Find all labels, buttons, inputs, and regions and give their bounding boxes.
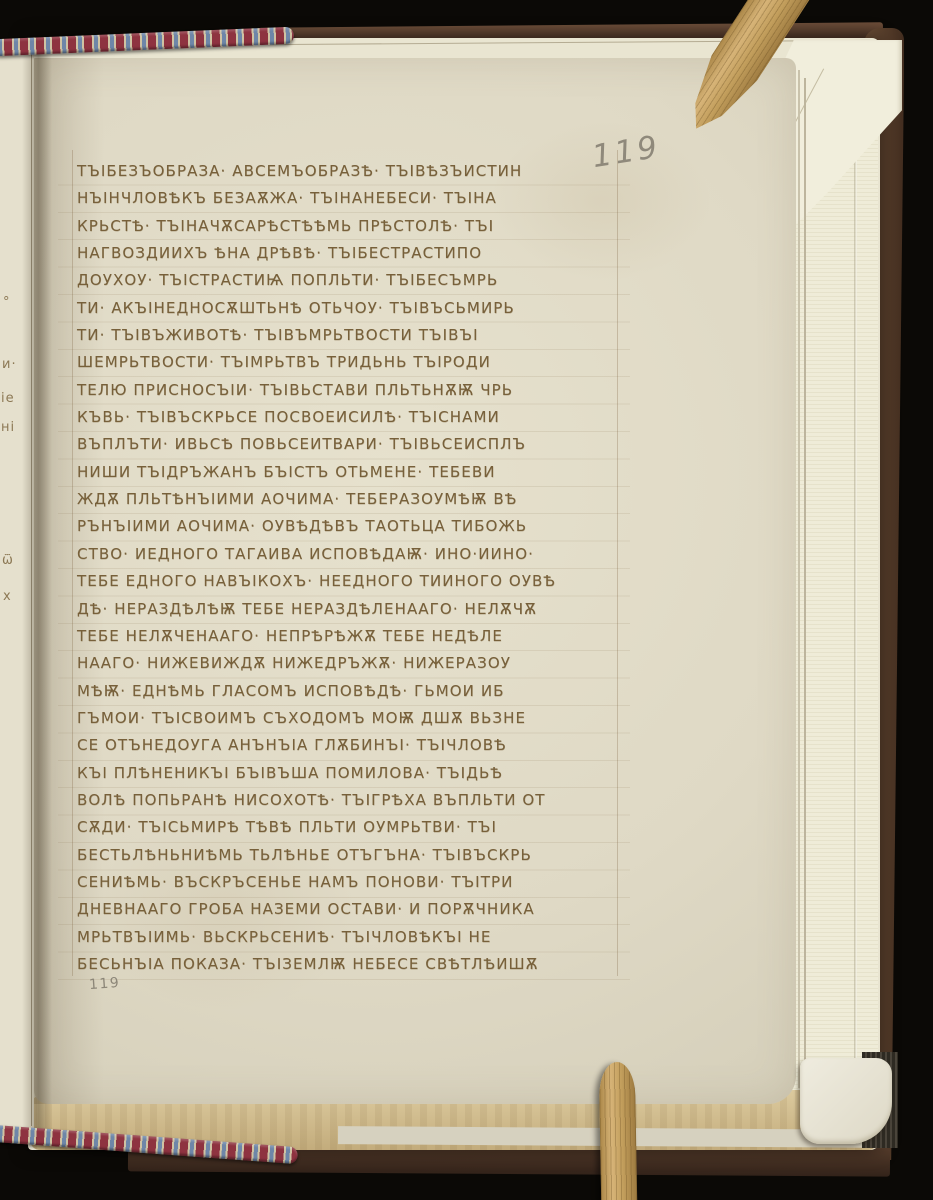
manuscript-line: ДОУХОУ· ТЪІСТРАСТИѨ ПОПЛЬТИ· ТЪІБЕСЪМРЬ — [77, 267, 625, 294]
manuscript-line: КЪВЬ· ТЪІВЪСКРЬСЕ ПОСВОЕИСИЛѢ· ТЪІСНАМИ — [77, 404, 625, 431]
manuscript-line: ТЕЛЮ ПРИСНОСЪІИ· ТЪІВЬСТАВИ ПЛЬТЬНѪѬ ЧРЬ — [77, 377, 625, 404]
marginal-letter-fragment: іе — [1, 392, 15, 405]
manuscript-line: КЪІ ПЛѢНЕНИКЪІ БЪІВЪША ПОМИЛОВА· ТЪІДЬѢ — [77, 760, 625, 787]
manuscript-line: БЕСТЬЛѢНЬНИѢМЬ ТЬЛѢНЬЕ ОТЪГЪНА· ТЪІВЪСКР… — [77, 842, 625, 869]
manuscript-line: НААГО· НИЖЕВИЖДѪ НИЖЕДРЪЖѪ· НИЖЕРАЗОУ — [77, 650, 625, 677]
manuscript-line: ВОЛѢ ПОПЬРАНѢ НИСОХОТѢ· ТЪІГРѢХА ВЪПЛЬТИ… — [77, 787, 625, 814]
manuscript-line: ТЕБЕ ЕДНОГО НАВЪІКОХЪ· НЕЕДНОГО ТИИНОГО … — [77, 568, 625, 595]
manuscript-line: МѢѬ· ЕДНѢМЬ ГЛАСОМЪ ИСПОВѢДѢ· ГЬМОИ ИБ — [77, 678, 625, 705]
manuscript-line: НИШИ ТЪІДРЪЖАНЪ БЪІСТЪ ОТЬМЕНЕ· ТЕБЕВИ — [77, 459, 625, 486]
manuscript-line: ВЪПЛЪТИ· ИВЬСѢ ПОВЬСЕИТВАРИ· ТЪІВЬСЕИСПЛ… — [77, 431, 625, 458]
folio-number-stamp: 119 — [88, 975, 120, 993]
gutter-line — [31, 48, 32, 1126]
gutter-shadow — [22, 44, 52, 1130]
marginal-letter-fragment: ѿ — [2, 554, 14, 567]
page-edge-line — [798, 70, 800, 1088]
manuscript-line: ШЕМРЬТВОСТИ· ТЪІМРЬТВЪ ТРИДЬНЬ ТЪІРОДИ — [77, 349, 625, 376]
marginal-letter-fragment: ° — [3, 296, 11, 309]
curled-page-corner — [800, 1058, 892, 1144]
manuscript-line: ГЪМОИ· ТЪІСВОИМЪ СЪХОДОМЪ МОѬ ДШѪ ВЬЗНЕ — [77, 705, 625, 732]
manuscript-line: СТВО· ИЕДНОГО ТАГАИВА ИСПОВѢДАѬ· ИНО·ИИН… — [77, 541, 625, 568]
manuscript-line: ДНЕВНААГО ГРОБА НАЗЕМИ ОСТАВИ· И ПОРѪЧНИ… — [77, 896, 625, 923]
manuscript-line: ЖДѪ ПЛЬТѢНЪІИМИ АОЧИМА· ТЕБЕРАЗОУМѢѬ ВѢ — [77, 486, 625, 513]
manuscript-line: НАГВОЗДИИХЪ ѢНА ДРѢВѢ· ТЪІБЕСТРАСТИПО — [77, 240, 625, 267]
marginal-letter-fragment: ні — [1, 421, 15, 434]
manuscript-text-block: ТЪІБЕЗЪОБРАЗА· АВСЕМЪОБРАЗѢ· ТЪІВѢЗЪИСТИ… — [77, 158, 625, 978]
manuscript-line: КРЬСТѢ· ТЪІНАЧѪСАРѢСТѢѢМЬ ПРѢСТОЛѢ· ТЪІ — [77, 213, 625, 240]
guard-paper-crease — [854, 48, 857, 1136]
marginal-letter-fragment: и· — [2, 358, 17, 371]
manuscript-line: БЕСЬНЪІА ПОКАЗА· ТЪІЗЕМЛѬ НЕБЕСЕ СВѢТЛѢИ… — [77, 951, 625, 978]
manuscript-line: ТИ· АКЪІНЕДНОСѪШТЬНѢ ОТЬЧОУ· ТЪІВЪСЬМИРЬ — [77, 295, 625, 322]
manuscript-line: НЪІНЧЛОВѢКЪ БЕЗАѪЖА· ТЪІНАНЕБЕСИ· ТЪІНА — [77, 185, 625, 212]
page-edge-line — [804, 78, 806, 1086]
manuscript-line: ТЪІБЕЗЪОБРАЗА· АВСЕМЪОБРАЗѢ· ТЪІВѢЗЪИСТИ… — [77, 158, 625, 185]
manuscript-line: ТЕБЕ НЕЛѪЧЕНААГО· НЕПРѢРѢЖѪ ТЕБЕ НЕДѢЛЕ — [77, 623, 625, 650]
marginal-letter-fragment: х — [3, 590, 12, 603]
manuscript-line: ДѢ· НЕРАЗДѢЛѢѬ ТЕБЕ НЕРАЗДѢЛЕНААГО· НЕЛѪ… — [77, 596, 625, 623]
manuscript-line: РЪНЪІИМИ АОЧИМА· ОУВѢДѢВЪ ТАОТЬЦА ТИБОЖЬ — [77, 513, 625, 540]
manuscript-line: ТИ· ТЪІВЪЖИВОТѢ· ТЪІВЪМРЬТВОСТИ ТЪІВЪІ — [77, 322, 625, 349]
manuscript-line: СЕ ОТЪНЕДОУГА АНЪНЪІА ГЛѪБИНЪІ· ТЪІЧЛОВѢ — [77, 732, 625, 759]
manuscript-line: СЕНИѢМЬ· ВЪСКРЪСЕНЬЕ НАМЪ ПОНОВИ· ТЪІТРИ — [77, 869, 625, 896]
wooden-pointer-bottom — [599, 1062, 637, 1200]
manuscript-line: МРЬТВЪІИМЬ· ВЬСКРЬСЕНИѢ· ТЪІЧЛОВѢКЪІ НЕ — [77, 924, 625, 951]
manuscript-photo: ° и· іе ні ѿ х ТЪІБЕЗЪОБРАЗА· АВСЕМЪОБРА… — [0, 0, 933, 1200]
manuscript-line: СѪДИ· ТЪІСЬМИРѢ ТѢВѢ ПЛЬТИ ОУМРЬТВИ· ТЪІ — [77, 814, 625, 841]
